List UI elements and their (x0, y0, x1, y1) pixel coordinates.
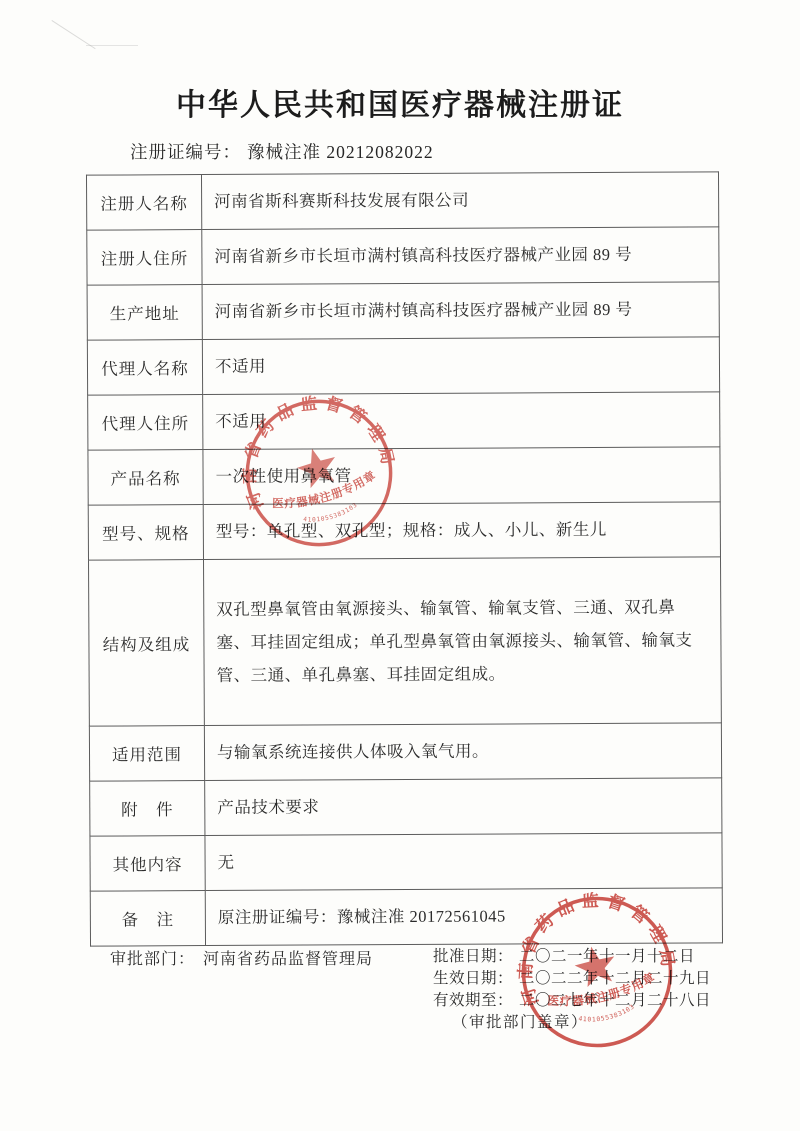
certificate-page: 中华人民共和国医疗器械注册证 注册证编号：豫械注准 20212082022 注册… (0, 0, 800, 1131)
table-row: 生产地址河南省新乡市长垣市满村镇高科技医疗器械产业园 89 号 (87, 282, 719, 340)
certificate-number-value: 豫械注准 20212082022 (247, 142, 434, 162)
field-value: 双孔型鼻氧管由氧源接头、输氧管、输氧支管、三通、双孔鼻塞、耳挂固定组成；单孔型鼻… (204, 557, 722, 726)
approval-department-label: 审批部门： (110, 951, 195, 968)
star-icon (293, 443, 341, 490)
field-label: 代理人名称 (87, 340, 202, 396)
field-label: 附 件 (90, 781, 205, 837)
field-value: 河南省新乡市长垣市满村镇高科技医疗器械产业园 89 号 (202, 227, 719, 285)
field-label: 其他内容 (90, 836, 205, 892)
field-value: 河南省新乡市长垣市满村镇高科技医疗器械产业园 89 号 (202, 282, 719, 340)
field-label: 型号、规格 (88, 505, 203, 561)
field-label: 适用范围 (89, 726, 204, 782)
scan-artifact-smudge (86, 45, 138, 46)
effective-date-label: 生效日期： (433, 970, 513, 987)
certificate-table: 注册人名称河南省斯科赛斯科技发展有限公司注册人住所河南省新乡市长垣市满村镇高科技… (86, 171, 723, 946)
field-label: 注册人名称 (86, 175, 201, 231)
table-row: 注册人住所河南省新乡市长垣市满村镇高科技医疗器械产业园 89 号 (87, 227, 719, 285)
field-value: 不适用 (202, 337, 719, 395)
table-row: 代理人名称不适用 (87, 337, 719, 395)
table-row: 适用范围与输氧系统连接供人体吸入氧气用。 (89, 723, 721, 781)
certificate-number-label: 注册证编号： (130, 142, 241, 162)
table-row: 结构及组成双孔型鼻氧管由氧源接头、输氧管、输氧支管、三通、双孔鼻塞、耳挂固定组成… (89, 557, 722, 726)
approval-department: 审批部门：河南省药品监督管理局 (110, 946, 373, 969)
certificate-title: 中华人民共和国医疗器械注册证 (0, 80, 800, 124)
approval-department-value: 河南省药品监督管理局 (203, 951, 373, 968)
field-label: 结构及组成 (89, 560, 205, 727)
field-value: 与输氧系统连接供人体吸入氧气用。 (204, 723, 721, 781)
table-row: 附 件产品技术要求 (90, 778, 722, 836)
approval-date-label: 批准日期： (433, 948, 513, 965)
field-label: 备 注 (90, 891, 205, 947)
table-row: 注册人名称河南省斯科赛斯科技发展有限公司 (86, 172, 718, 230)
field-value: 产品技术要求 (205, 778, 722, 836)
field-label: 产品名称 (88, 450, 203, 506)
expiry-date-label: 有效期至： (433, 992, 513, 1009)
field-label: 注册人住所 (87, 230, 202, 286)
certificate-number: 注册证编号：豫械注准 20212082022 (130, 139, 434, 164)
field-label: 代理人住所 (88, 395, 203, 451)
table-row: 其他内容无 (90, 833, 722, 891)
field-value: 河南省斯科赛斯科技发展有限公司 (201, 172, 718, 230)
star-icon (571, 942, 619, 989)
table-row: 代理人住所不适用 (88, 392, 720, 450)
field-label: 生产地址 (87, 285, 202, 341)
